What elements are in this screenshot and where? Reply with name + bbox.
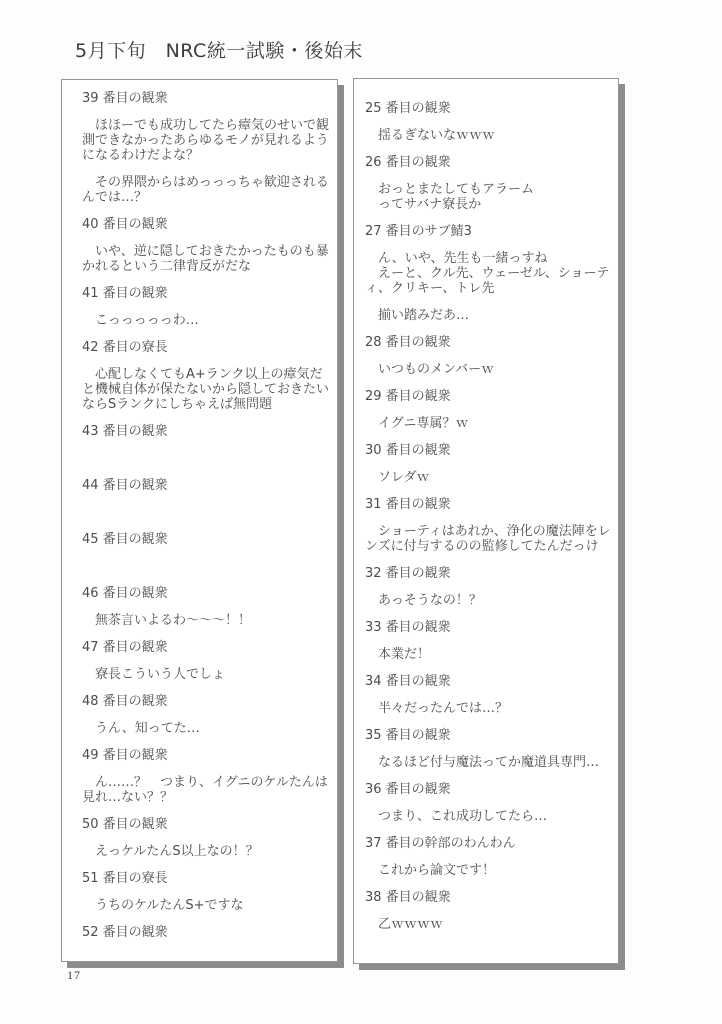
thread-post: 28 番目の観衆 いつものメンバーｗ xyxy=(365,335,614,377)
post-author-header: 51 番目の寮長 xyxy=(82,871,332,886)
post-body-text: その界隈からはめっっっちゃ歓迎されるんでは…？ xyxy=(82,175,332,205)
post-author-header: 25 番目の観衆 xyxy=(365,101,614,116)
post-body-text: 寮長こういう人でしょ xyxy=(82,667,332,682)
post-author-header: 37 番目の幹部のわんわん xyxy=(365,836,614,851)
post-author-header: 47 番目の観衆 xyxy=(82,640,332,655)
thread-column-left: 39 番目の観衆 ほほーでも成功してたら瘴気のせいで観測できなかったあらゆるモノ… xyxy=(61,79,338,962)
post-author-header: 52 番目の観衆 xyxy=(82,925,332,940)
post-author-header: 48 番目の観衆 xyxy=(82,694,332,709)
post-author-header: 42 番目の寮長 xyxy=(82,340,332,355)
post-author-header: 26 番目の観衆 xyxy=(365,155,614,170)
post-author-header: 32 番目の観衆 xyxy=(365,566,614,581)
thread-post: 40 番目の観衆 いや、逆に隠しておきたかったものも暴かれるという二律背反がだな xyxy=(82,217,332,274)
post-body-text: いや、逆に隠しておきたかったものも暴かれるという二律背反がだな xyxy=(82,244,332,274)
thread-post: 31 番目の観衆 ショーティはあれか、浄化の魔法陣をレンズに付与するのの監修して… xyxy=(365,497,614,554)
post-author-header: 46 番目の観衆 xyxy=(82,586,332,601)
post-author-header: 44 番目の観衆 xyxy=(82,478,332,493)
post-body-text: ほほーでも成功してたら瘴気のせいで観測できなかったあらゆるモノが見れるようになる… xyxy=(82,118,332,163)
thread-post: 48 番目の観衆 うん、知ってた… xyxy=(82,694,332,736)
post-author-header: 30 番目の観衆 xyxy=(365,443,614,458)
post-body-text: 揃い踏みだあ… xyxy=(365,308,614,323)
thread-post: 29 番目の観衆 イグニ専属？ｗ xyxy=(365,389,614,431)
thread-post: 44 番目の観衆 xyxy=(82,478,332,532)
post-body-text: ショーティはあれか、浄化の魔法陣をレンズに付与するのの監修してたんだっけ xyxy=(365,524,614,554)
post-author-header: 36 番目の観衆 xyxy=(365,782,614,797)
thread-post: 42 番目の寮長 心配しなくてもA+ランク以上の瘴気だと機械自体が保たないから隠… xyxy=(82,340,332,412)
post-body-text: ソレダｗ xyxy=(365,470,614,485)
thread-post: 43 番目の観衆 xyxy=(82,424,332,478)
thread-post: 27 番目のサブ鯖3 ん、いや、先生も一緒っすね えーと、クル先、ウェーゼル、シ… xyxy=(365,224,614,323)
post-empty-body xyxy=(82,505,332,532)
post-author-header: 40 番目の観衆 xyxy=(82,217,332,232)
post-body-text: うちのケルたんS+ですな xyxy=(82,898,332,913)
post-author-header: 28 番目の観衆 xyxy=(365,335,614,350)
post-body-text: つまり、これ成功してたら… xyxy=(365,809,614,824)
thread-post: 38 番目の観衆 乙ｗｗｗｗ xyxy=(365,890,614,932)
thread-post: 39 番目の観衆 ほほーでも成功してたら瘴気のせいで観測できなかったあらゆるモノ… xyxy=(82,91,332,205)
thread-post: 36 番目の観衆 つまり、これ成功してたら… xyxy=(365,782,614,824)
thread-post: 37 番目の幹部のわんわん これから論文です！ xyxy=(365,836,614,878)
thread-post: 32 番目の観衆 あっそうなの！？ xyxy=(365,566,614,608)
post-empty-body xyxy=(82,451,332,478)
post-body-text: 乙ｗｗｗｗ xyxy=(365,917,614,932)
post-author-header: 38 番目の観衆 xyxy=(365,890,614,905)
thread-post: 45 番目の観衆 xyxy=(82,532,332,586)
thread-post: 49 番目の観衆 ん……？ つまり、イグニのケルたんは見れ…ない？？ xyxy=(82,748,332,805)
post-author-header: 35 番目の観衆 xyxy=(365,728,614,743)
post-body-text: 揺るぎないなｗｗｗ xyxy=(365,128,614,143)
thread-post: 30 番目の観衆 ソレダｗ xyxy=(365,443,614,485)
post-body-text: ん、いや、先生も一緒っすね えーと、クル先、ウェーゼル、ショーティ、クリキー、ト… xyxy=(365,251,614,296)
post-author-header: 49 番目の観衆 xyxy=(82,748,332,763)
thread-column-right: 25 番目の観衆 揺るぎないなｗｗｗ26 番目の観衆 おっとまたしてもアラーム … xyxy=(353,78,619,964)
post-body-text: 無茶言いよるわ～～～！！ xyxy=(82,613,332,628)
post-body-text: 本業だ！ xyxy=(365,647,614,662)
thread-post: 50 番目の観衆 えっケルたんS以上なの！？ xyxy=(82,817,332,859)
post-author-header: 41 番目の観衆 xyxy=(82,286,332,301)
post-author-header: 29 番目の観衆 xyxy=(365,389,614,404)
thread-post: 33 番目の観衆 本業だ！ xyxy=(365,620,614,662)
page-number: 17 xyxy=(67,968,81,983)
post-author-header: 34 番目の観衆 xyxy=(365,674,614,689)
post-author-header: 50 番目の観衆 xyxy=(82,817,332,832)
document-page: 5月下旬 NRC統一試験・後始末 39 番目の観衆 ほほーでも成功してたら瘴気の… xyxy=(0,0,722,1024)
post-body-text: えっケルたんS以上なの！？ xyxy=(82,844,332,859)
thread-post: 47 番目の観衆 寮長こういう人でしょ xyxy=(82,640,332,682)
post-author-header: 43 番目の観衆 xyxy=(82,424,332,439)
post-body-text: あっそうなの！？ xyxy=(365,593,614,608)
post-author-header: 33 番目の観衆 xyxy=(365,620,614,635)
thread-post: 26 番目の観衆 おっとまたしてもアラーム ってサバナ寮長か xyxy=(365,155,614,212)
post-author-header: 45 番目の観衆 xyxy=(82,532,332,547)
post-empty-body xyxy=(82,559,332,586)
post-body-text: ん……？ つまり、イグニのケルたんは見れ…ない？？ xyxy=(82,775,332,805)
post-body-text: うん、知ってた… xyxy=(82,721,332,736)
post-body-text: おっとまたしてもアラーム ってサバナ寮長か xyxy=(365,182,614,212)
post-empty-body xyxy=(82,952,332,962)
post-body-text: 心配しなくてもA+ランク以上の瘴気だと機械自体が保たないから隠しておきたいならS… xyxy=(82,367,332,412)
post-body-text: こっっっっっわ… xyxy=(82,313,332,328)
thread-post: 34 番目の観衆 半々だったんでは…？ xyxy=(365,674,614,716)
post-body-text: いつものメンバーｗ xyxy=(365,362,614,377)
thread-post: 46 番目の観衆 無茶言いよるわ～～～！！ xyxy=(82,586,332,628)
post-author-header: 27 番目のサブ鯖3 xyxy=(365,224,614,239)
thread-post: 35 番目の観衆 なるほど付与魔法ってか魔道具専門… xyxy=(365,728,614,770)
post-author-header: 39 番目の観衆 xyxy=(82,91,332,106)
post-author-header: 31 番目の観衆 xyxy=(365,497,614,512)
thread-post: 51 番目の寮長 うちのケルたんS+ですな xyxy=(82,871,332,913)
thread-post: 41 番目の観衆 こっっっっっわ… xyxy=(82,286,332,328)
post-body-text: なるほど付与魔法ってか魔道具専門… xyxy=(365,755,614,770)
page-title: 5月下旬 NRC統一試験・後始末 xyxy=(75,36,363,63)
post-body-text: これから論文です！ xyxy=(365,863,614,878)
post-body-text: 半々だったんでは…？ xyxy=(365,701,614,716)
thread-post: 25 番目の観衆 揺るぎないなｗｗｗ xyxy=(365,101,614,143)
post-body-text: イグニ専属？ｗ xyxy=(365,416,614,431)
thread-post: 52 番目の観衆 xyxy=(82,925,332,962)
